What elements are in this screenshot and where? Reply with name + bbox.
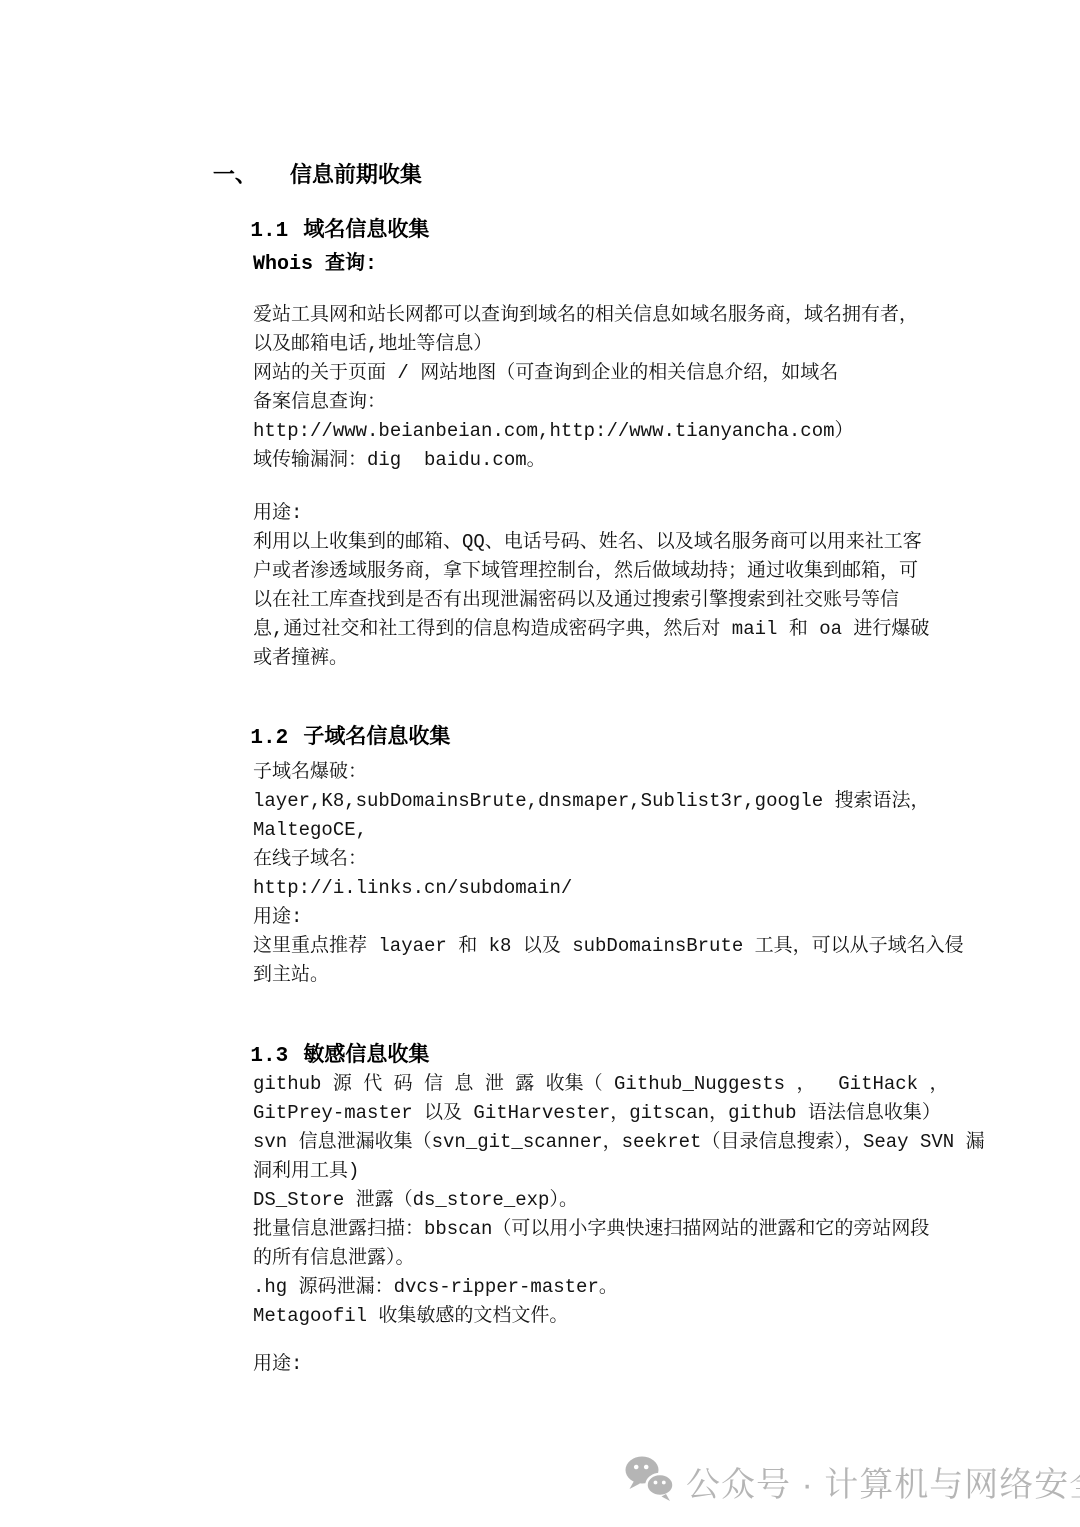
text-line: github 源 代 码 信 息 泄 露 收集（ Github_Nuggests…: [253, 1070, 953, 1099]
text-line: 这里重点推荐 layaer 和 k8 以及 subDomainsBrute 工具…: [253, 932, 953, 961]
watermark: 公众号 · 计算机与网络安全: [624, 1456, 1080, 1506]
text-line: 以在社工库查找到是否有出现泄漏密码以及通过搜索引擎搜索到社交账号等信: [253, 586, 953, 615]
section-number: 1.2: [250, 727, 303, 750]
wechat-icon: [624, 1455, 676, 1508]
text-line: 的所有信息泄露）。: [253, 1244, 953, 1273]
text-line: svn 信息泄漏收集（svn_git_scanner，seekret（目录信息搜…: [253, 1128, 953, 1157]
text-line: 网站的关于页面 / 网站地图（可查询到企业的相关信息介绍，如域名: [253, 359, 953, 388]
paragraph-sensitive-info: github 源 代 码 信 息 泄 露 收集（ Github_Nuggests…: [253, 1070, 953, 1331]
text-line: layer,K8,subDomainsBrute,dnsmaper,Sublis…: [253, 787, 953, 816]
document-page: 一、信息前期收集 1.1域名信息收集 Whois 查询: 爱站工具网和站长网都可…: [0, 0, 1080, 1527]
watermark-text: 公众号 · 计算机与网络安全: [686, 1457, 1080, 1506]
text-line: Metagoofil 收集敏感的文档文件。: [253, 1302, 953, 1331]
paragraph-whois-info: 爱站工具网和站长网都可以查询到域名的相关信息如域名服务商，域名拥有者，以及邮箱电…: [253, 301, 953, 475]
text-line: http://www.beianbeian.com,http://www.tia…: [253, 417, 953, 446]
text-line: 洞利用工具): [253, 1157, 953, 1186]
chapter-title: 信息前期收集: [290, 164, 422, 189]
text-line: 在线子域名：: [253, 845, 953, 874]
text-line: 或者撞裤。: [253, 644, 953, 673]
text-line: MaltegoCE,: [253, 816, 953, 845]
section-title: 域名信息收集: [303, 220, 429, 243]
text-line: 用途:: [253, 499, 953, 528]
text-line: 批量信息泄露扫描：bbscan（可以用小字典快速扫描网站的泄露和它的旁站网段: [253, 1215, 953, 1244]
section-number: 1.1: [250, 220, 303, 243]
text-line: DS_Store 泄露（ds_store_exp）。: [253, 1186, 953, 1215]
paragraph-subdomain: 子域名爆破：layer,K8,subDomainsBrute,dnsmaper,…: [253, 758, 953, 990]
text-line: 用途:: [253, 903, 953, 932]
text-line: 备案信息查询：: [253, 388, 953, 417]
section-title: 敏感信息收集: [303, 1045, 429, 1068]
text-line: 利用以上收集到的邮箱、QQ、电话号码、姓名、以及域名服务商可以用来社工客: [253, 528, 953, 557]
paragraph-whois-usage: 用途:利用以上收集到的邮箱、QQ、电话号码、姓名、以及域名服务商可以用来社工客户…: [253, 499, 953, 673]
trailing-usage-label: 用途:: [253, 1350, 953, 1379]
text-line: 以及邮箱电话,地址等信息）: [253, 330, 953, 359]
section-number: 1.3: [250, 1045, 303, 1068]
text-line: 到主站。: [253, 961, 953, 990]
text-line: 爱站工具网和站长网都可以查询到域名的相关信息如域名服务商，域名拥有者，: [253, 301, 953, 330]
text-line: 用途:: [253, 1350, 953, 1379]
chapter-number: 一、: [213, 158, 290, 189]
text-line: 域传输漏洞：dig baidu.com。: [253, 446, 953, 475]
text-line: http://i.links.cn/subdomain/: [253, 874, 953, 903]
text-line: 子域名爆破：: [253, 758, 953, 787]
text-line: 户或者渗透域服务商，拿下域管理控制台，然后做域劫持；通过收集到邮箱，可: [253, 557, 953, 586]
section-title: 子域名信息收集: [303, 727, 450, 750]
whois-subheading: Whois 查询:: [253, 246, 377, 276]
text-line: .hg 源码泄漏：dvcs-ripper-master。: [253, 1273, 953, 1302]
text-line: GitPrey-master 以及 GitHarvester，gitscan，g…: [253, 1099, 953, 1128]
text-line: 息,通过社交和社工得到的信息构造成密码字典，然后对 mail 和 oa 进行爆破: [253, 615, 953, 644]
